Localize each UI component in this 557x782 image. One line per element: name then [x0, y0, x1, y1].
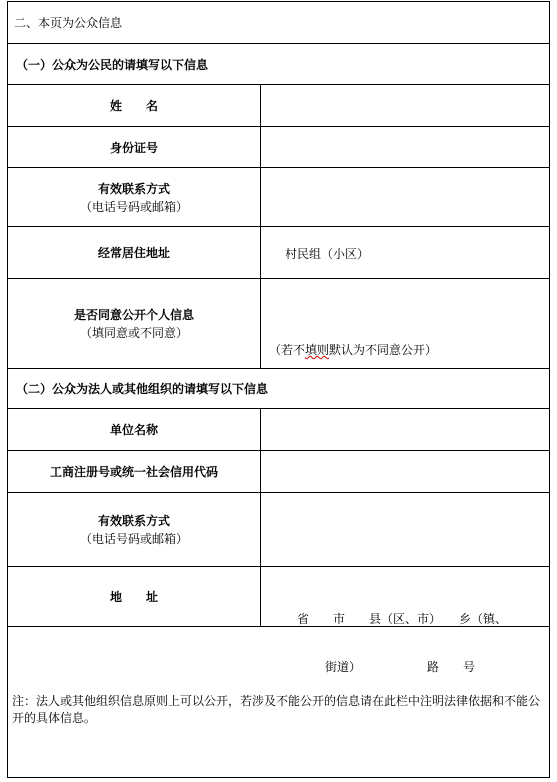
org-heading: （二）公众为法人或其他组织的请填写以下信息: [16, 380, 268, 397]
consent-hint-spellcheck: 填则: [305, 343, 329, 357]
citizen-id-label: 身份证号: [110, 139, 158, 156]
citizen-name-field[interactable]: [261, 85, 549, 126]
citizen-address-row: 经常居住地址 村民组（小区）: [8, 227, 549, 279]
citizen-id-label-cell: 身份证号: [8, 127, 261, 167]
section-title: 二、本页为公众信息: [14, 14, 122, 31]
org-contact-field[interactable]: [261, 493, 549, 566]
note-row[interactable]: 注：法人或其他组织信息原则上可以公开，若涉及不能公开的信息请在此栏中注明法律依据…: [8, 627, 549, 779]
citizen-name-row: 姓 名: [8, 85, 549, 127]
org-heading-row: （二）公众为法人或其他组织的请填写以下信息: [8, 369, 549, 409]
citizen-consent-hint: （若不填则默认为不同意公开）: [269, 341, 437, 358]
org-reg-label: 工商注册号或统一社会信用代码: [50, 463, 218, 480]
citizen-id-row: 身份证号: [8, 127, 549, 168]
citizen-heading: （一）公众为公民的请填写以下信息: [16, 56, 208, 73]
citizen-address-value: 村民组（小区）: [285, 245, 369, 262]
org-reg-row: 工商注册号或统一社会信用代码: [8, 451, 549, 493]
citizen-address-field[interactable]: 村民组（小区）: [261, 227, 549, 278]
org-contact-label: 有效联系方式: [98, 512, 170, 529]
org-contact-sublabel: （电话号码或邮箱）: [80, 530, 188, 547]
section-title-row: 二、本页为公众信息: [8, 2, 549, 44]
org-reg-label-cell: 工商注册号或统一社会信用代码: [8, 451, 261, 492]
org-unit-row: 单位名称: [8, 409, 549, 451]
citizen-consent-field[interactable]: （若不填则默认为不同意公开）: [261, 279, 549, 368]
note-text: 注：法人或其他组织信息原则上可以公开，若涉及不能公开的信息请在此栏中注明法律依据…: [12, 693, 545, 727]
org-address-line1: 省 市 县（区、市） 乡（镇、: [297, 611, 507, 627]
citizen-contact-field[interactable]: [261, 168, 549, 226]
org-address-row: 地 址 省 市 县（区、市） 乡（镇、 街道） 路 号: [8, 567, 549, 627]
citizen-name-label: 姓 名: [110, 97, 158, 114]
citizen-contact-row: 有效联系方式 （电话号码或邮箱）: [8, 168, 549, 227]
citizen-consent-sublabel: （填同意或不同意）: [80, 324, 188, 341]
public-info-form: 二、本页为公众信息 （一）公众为公民的请填写以下信息 姓 名 身份证号 有效联系…: [7, 1, 550, 778]
citizen-consent-row: 是否同意公开个人信息 （填同意或不同意） （若不填则默认为不同意公开）: [8, 279, 549, 369]
citizen-consent-label: 是否同意公开个人信息: [74, 306, 194, 323]
org-address-label-cell: 地 址: [8, 567, 261, 626]
org-address-label: 地 址: [110, 588, 158, 605]
consent-hint-post: 默认为不同意公开）: [329, 343, 437, 357]
citizen-contact-label-cell: 有效联系方式 （电话号码或邮箱）: [8, 168, 261, 226]
citizen-consent-label-cell: 是否同意公开个人信息 （填同意或不同意）: [8, 279, 261, 368]
citizen-contact-label: 有效联系方式: [98, 180, 170, 197]
citizen-contact-sublabel: （电话号码或邮箱）: [80, 198, 188, 215]
citizen-address-label: 经常居住地址: [98, 244, 170, 261]
org-reg-field[interactable]: [261, 451, 549, 492]
consent-hint-pre: （若不: [269, 343, 305, 357]
org-unit-label-cell: 单位名称: [8, 409, 261, 450]
org-unit-field[interactable]: [261, 409, 549, 450]
citizen-name-label-cell: 姓 名: [8, 85, 261, 126]
citizen-address-label-cell: 经常居住地址: [8, 227, 261, 278]
org-unit-label: 单位名称: [110, 421, 158, 438]
org-address-field[interactable]: 省 市 县（区、市） 乡（镇、 街道） 路 号: [261, 567, 549, 626]
citizen-heading-row: （一）公众为公民的请填写以下信息: [8, 44, 549, 85]
org-contact-label-cell: 有效联系方式 （电话号码或邮箱）: [8, 493, 261, 566]
org-contact-row: 有效联系方式 （电话号码或邮箱）: [8, 493, 549, 567]
citizen-id-field[interactable]: [261, 127, 549, 167]
